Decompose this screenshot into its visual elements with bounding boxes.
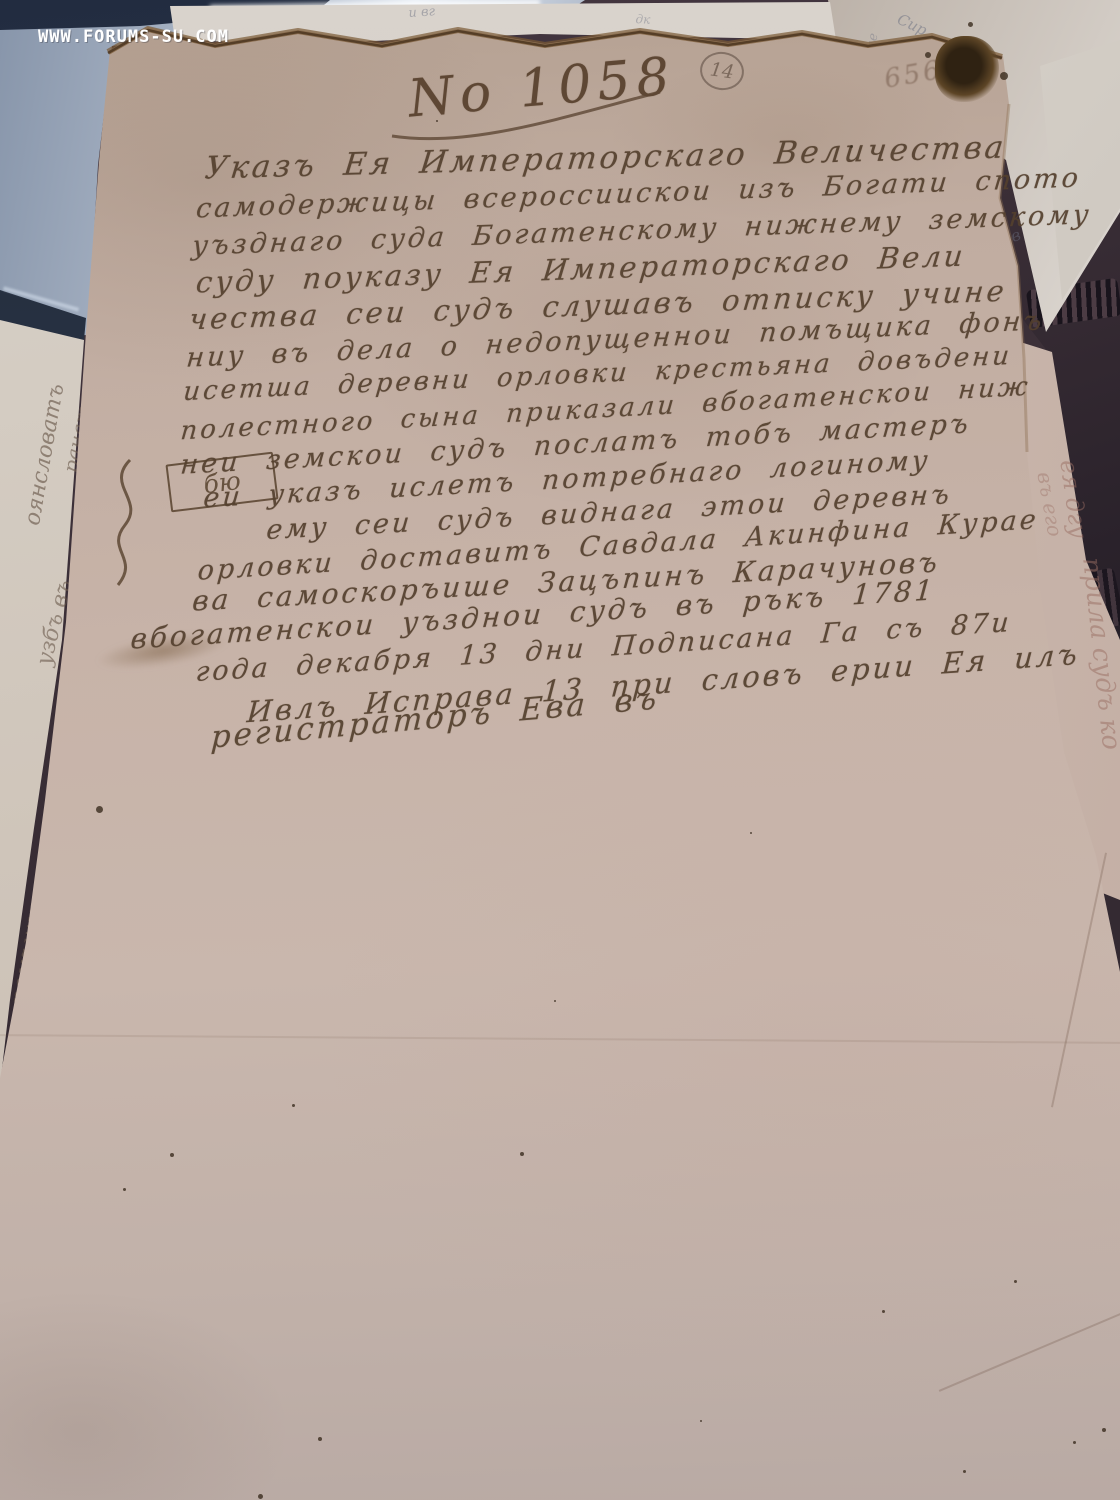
sleeve-edge-left xyxy=(0,0,1120,1500)
manuscript-line-6: ниу въ дела о недопущеннои помъщика фонъ xyxy=(185,305,1046,374)
paper-speck xyxy=(963,1470,966,1473)
manuscript-line-17: регистраторъ Ева въ xyxy=(210,680,660,756)
doc-number-underline-flourish xyxy=(392,92,660,139)
ink-smudge xyxy=(93,626,231,677)
manuscript-page xyxy=(0,0,1120,1500)
paper-speck xyxy=(554,1000,556,1002)
underlay-right-text-1: ея дгу xyxy=(1054,458,1093,540)
manuscript-line-16: Ивлъ Исправа 13 при словъ ерии Ея илъ xyxy=(246,637,1081,729)
paper-speck xyxy=(123,1188,126,1191)
paper-speck xyxy=(170,1153,174,1157)
paper-speck xyxy=(700,1420,702,1422)
manuscript-line-13: ва самоскоръише Зацъпинъ Карачуновъ xyxy=(191,545,941,617)
underlay-top-scribble-2: дк xyxy=(635,12,650,27)
torn-top-edge xyxy=(108,29,1002,57)
manuscript-line-11: ему сеи судъ виднага этои деревнъ xyxy=(265,479,953,546)
manuscript-line-15: года декабря 13 дни Подписана Га съ 87и xyxy=(195,607,1013,688)
underlay-right-text-2: прила судъ ко xyxy=(1076,556,1120,751)
manuscript-line-9: неи земскои судъ послатъ тобъ мастеръ xyxy=(179,408,972,481)
underlay-top-scribble-3: Сир xyxy=(894,10,929,39)
manuscript-text-layer: Указъ Ея Императорскаго Величествасамоде… xyxy=(0,0,1120,1500)
background-sheet-right xyxy=(0,0,1120,1500)
torn-edge-overlay xyxy=(0,0,1120,1500)
underlay-top-scribble-4: в xyxy=(1008,225,1023,246)
crease-line xyxy=(939,1300,1120,1392)
torn-top-edge-shadow xyxy=(108,30,1002,58)
underlay-top-scribble-1: и вг xyxy=(408,4,436,21)
coil-binding-ribs xyxy=(1026,278,1120,328)
manuscript-line-5: чества сеи судъ слушавъ отписку учине xyxy=(187,274,1008,337)
paper-speck xyxy=(1073,1441,1076,1444)
margin-box-mark: бю xyxy=(165,452,278,513)
manuscript-line-8: полестного сына приказали вбогатенскои н… xyxy=(179,372,1032,447)
coil-binding-ribs-lower xyxy=(1063,567,1120,635)
paper-speck xyxy=(292,1104,295,1107)
paper-speck xyxy=(882,1310,885,1313)
sleeve-edge-left-gloss xyxy=(3,286,79,311)
underlay-handwriting-layer: ранатовъ дряоянсловатъузбъ въпомъщицаея … xyxy=(0,0,1120,1500)
paper-speck xyxy=(436,120,438,122)
paper-speck xyxy=(850,145,853,148)
underlay-left-text-1: ранатовъ дря xyxy=(58,322,113,475)
underlay-top-scribble-5: але xyxy=(862,32,882,58)
underlay-right-text-3: въ его xyxy=(1032,470,1067,538)
circled-page-number: 14 xyxy=(698,49,747,93)
binder-spine-dark xyxy=(0,0,1120,1500)
background-paper-strip-top xyxy=(0,0,1120,1500)
manuscript-line-14: вбогатенскои уъзднои судъ въ ръкъ 1781 xyxy=(129,573,936,655)
paper-speck xyxy=(925,52,931,58)
paper-speck xyxy=(1000,72,1008,80)
paper-specks-layer xyxy=(0,0,1120,1500)
paper-speck xyxy=(520,1152,524,1156)
manuscript-line-4: суду поуказу Ея Императорскаго Вели xyxy=(194,238,967,299)
margin-flourish-doodle xyxy=(118,460,131,585)
manuscript-line-12: орловки доставитъ Савдала Акинфина Курае xyxy=(197,504,1040,587)
underlay-left-text-2: оянсловатъ xyxy=(20,382,70,527)
manuscript-line-7: исетша деревни орловки крестьяна довъден… xyxy=(182,341,1014,407)
plastic-gloss-highlight xyxy=(210,0,540,16)
paper-speck xyxy=(258,1494,263,1499)
manuscript-line-10: еи указъ ислетъ потребнаго логиному xyxy=(202,445,932,514)
plastic-sleeve-top-left xyxy=(0,0,1120,1500)
manuscript-line-3: уъзднаго суда Богатенскому нижнему земск… xyxy=(191,199,1093,262)
background-sheet-top-right-bright xyxy=(0,0,1120,1500)
paper-speck xyxy=(1014,1280,1017,1283)
paper-speck xyxy=(968,22,973,27)
background-sheet-left xyxy=(0,0,1120,1500)
archive-photo: ранатовъ дряоянсловатъузбъ въпомъщицаея … xyxy=(0,0,1120,1500)
document-number: No 1058 xyxy=(406,46,678,129)
paper-speck xyxy=(318,1437,322,1441)
manuscript-line-1: Указъ Ея Императорскаго Величества xyxy=(203,129,1008,186)
archive-number-pencil: 6563 xyxy=(882,51,964,94)
ink-blot xyxy=(935,36,999,102)
manuscript-line-2: самодержицы всероссиискои изъ Богати спо… xyxy=(195,162,1083,224)
torn-right-edge xyxy=(1000,104,1027,452)
plastic-sleeve-dark-strip xyxy=(0,0,1120,1500)
underlay-left-text-3: узбъ въ xyxy=(32,577,77,668)
underlay-left-text-4: помъщица xyxy=(6,879,52,1006)
crease-line xyxy=(1051,853,1107,1108)
background-sheets-top-right xyxy=(0,0,1120,1500)
paper-speck xyxy=(750,832,752,834)
site-watermark: WWW.FORUMS-SU.COM xyxy=(38,27,229,47)
crease-line xyxy=(0,1034,1120,1044)
paper-speck xyxy=(96,806,103,813)
paper-speck xyxy=(1102,1428,1106,1432)
